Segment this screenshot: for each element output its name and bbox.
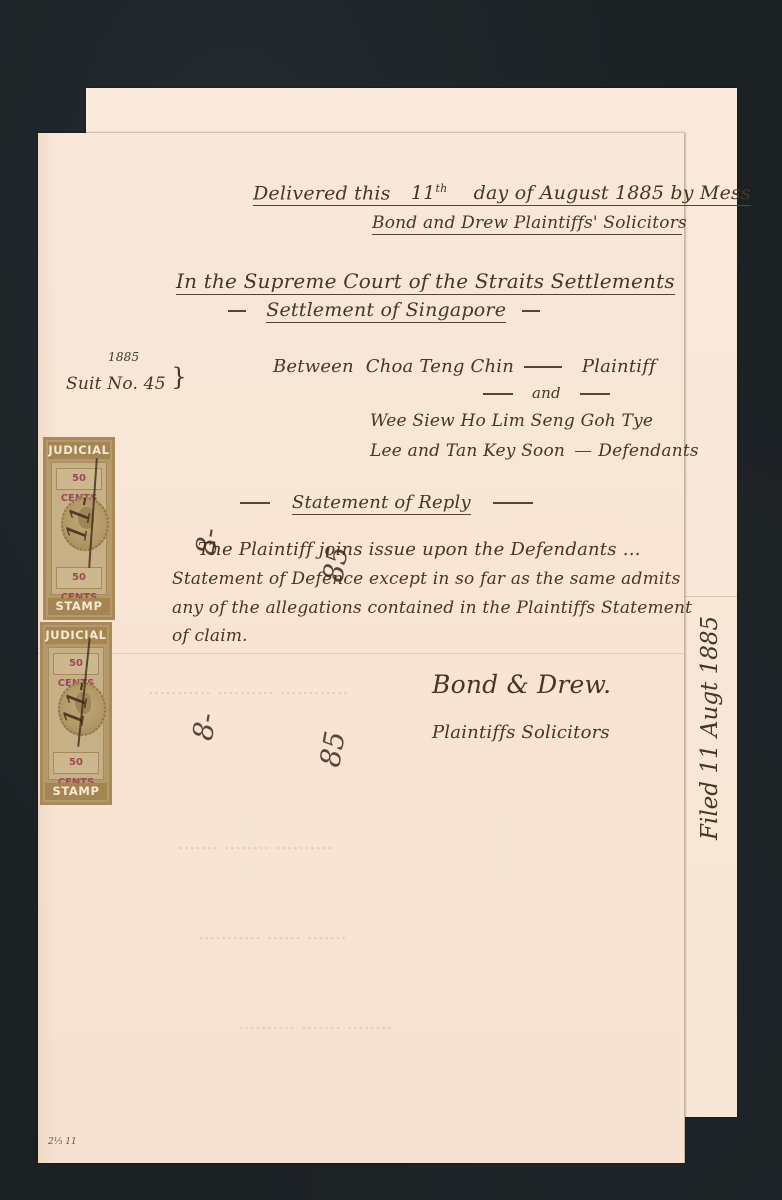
stamp-bottom-label: STAMP bbox=[48, 598, 110, 615]
defendants-line2: Lee and Tan Key Soon Defendants bbox=[370, 441, 699, 461]
suit-label: Suit No. 45 bbox=[66, 374, 166, 394]
court-settlement: Settlement of Singapore bbox=[266, 299, 506, 323]
filed-endorsement: Filed 11 Augt 1885 bbox=[697, 616, 723, 840]
and-label: and bbox=[532, 384, 561, 402]
dash bbox=[483, 393, 513, 395]
archive-mark: 2⅓ 11 bbox=[48, 1138, 77, 1146]
judicial-stamp-1: JUDICIAL 50 CENTS 50 CENTS STAMP 11-8-85 bbox=[43, 437, 115, 620]
signature-role: Plaintiffs Solicitors bbox=[432, 722, 610, 743]
plaintiff-name: Choa Teng Chin bbox=[366, 356, 514, 377]
stamp-top-label: JUDICIAL bbox=[45, 627, 107, 644]
defendants-names: Lee and Tan Key Soon bbox=[370, 441, 565, 461]
body-line4: of claim. bbox=[172, 626, 248, 646]
title-line: Statement of Reply bbox=[240, 492, 533, 513]
suit-number: Suit No. 45 } bbox=[66, 367, 187, 395]
delivery-prefix: Delivered this bbox=[253, 182, 391, 204]
stamp-value-upper: 50 CENTS bbox=[53, 653, 99, 675]
stamp-value-lower: 50 CENTS bbox=[56, 567, 102, 589]
judicial-stamp-2: JUDICIAL 50 CENTS 50 CENTS STAMP 11-8-85 bbox=[40, 622, 112, 805]
dash bbox=[575, 451, 591, 453]
stamp-bottom-label: STAMP bbox=[45, 783, 107, 800]
dash bbox=[522, 310, 540, 312]
court-settlement-line: Settlement of Singapore bbox=[228, 299, 540, 321]
brace: } bbox=[171, 363, 186, 391]
body-line3: any of the allegations contained in the … bbox=[172, 598, 692, 618]
dash bbox=[228, 310, 246, 312]
dash bbox=[524, 366, 562, 368]
plaintiff-role: Plaintiff bbox=[582, 356, 656, 377]
show-through-text: ....... ...... ........... bbox=[198, 923, 347, 944]
suit-year: 1885 bbox=[108, 350, 139, 364]
dash bbox=[493, 502, 533, 504]
delivery-note-line2: Bond and Drew Plaintiffs' Solicitors bbox=[372, 213, 682, 235]
stamp-top-label: JUDICIAL bbox=[48, 442, 110, 459]
fold-line bbox=[38, 653, 684, 654]
show-through-text: ........ ....... .......... bbox=[238, 1013, 393, 1034]
between-label: Between bbox=[273, 356, 354, 377]
dash bbox=[580, 393, 610, 395]
dash bbox=[240, 502, 270, 504]
delivery-note-line1: Delivered this 11th day of August 1885 b… bbox=[253, 182, 751, 206]
signature-name: Bond & Drew. bbox=[432, 670, 611, 699]
stamp-value-lower: 50 CENTS bbox=[53, 752, 99, 774]
and-line: and bbox=[483, 384, 610, 402]
delivery-suffix: day of August 1885 by Mess bbox=[474, 182, 751, 204]
show-through-text: .......... ........ ....... bbox=[178, 833, 333, 854]
plaintiff-line: Between Choa Teng Chin Plaintiff bbox=[273, 356, 656, 377]
defendants-line1: Wee Siew Ho Lim Seng Goh Tye bbox=[370, 411, 653, 431]
court-name: In the Supreme Court of the Straits Sett… bbox=[176, 269, 675, 295]
show-through-text: ............ .......... ........... bbox=[148, 678, 348, 699]
document-title: Statement of Reply bbox=[292, 492, 471, 515]
defendants-role: Defendants bbox=[598, 441, 699, 461]
delivery-day-suffix: th bbox=[435, 182, 447, 195]
body-line2: Statement of Defence except in so far as… bbox=[172, 569, 681, 589]
delivery-day: 11 bbox=[411, 182, 436, 204]
